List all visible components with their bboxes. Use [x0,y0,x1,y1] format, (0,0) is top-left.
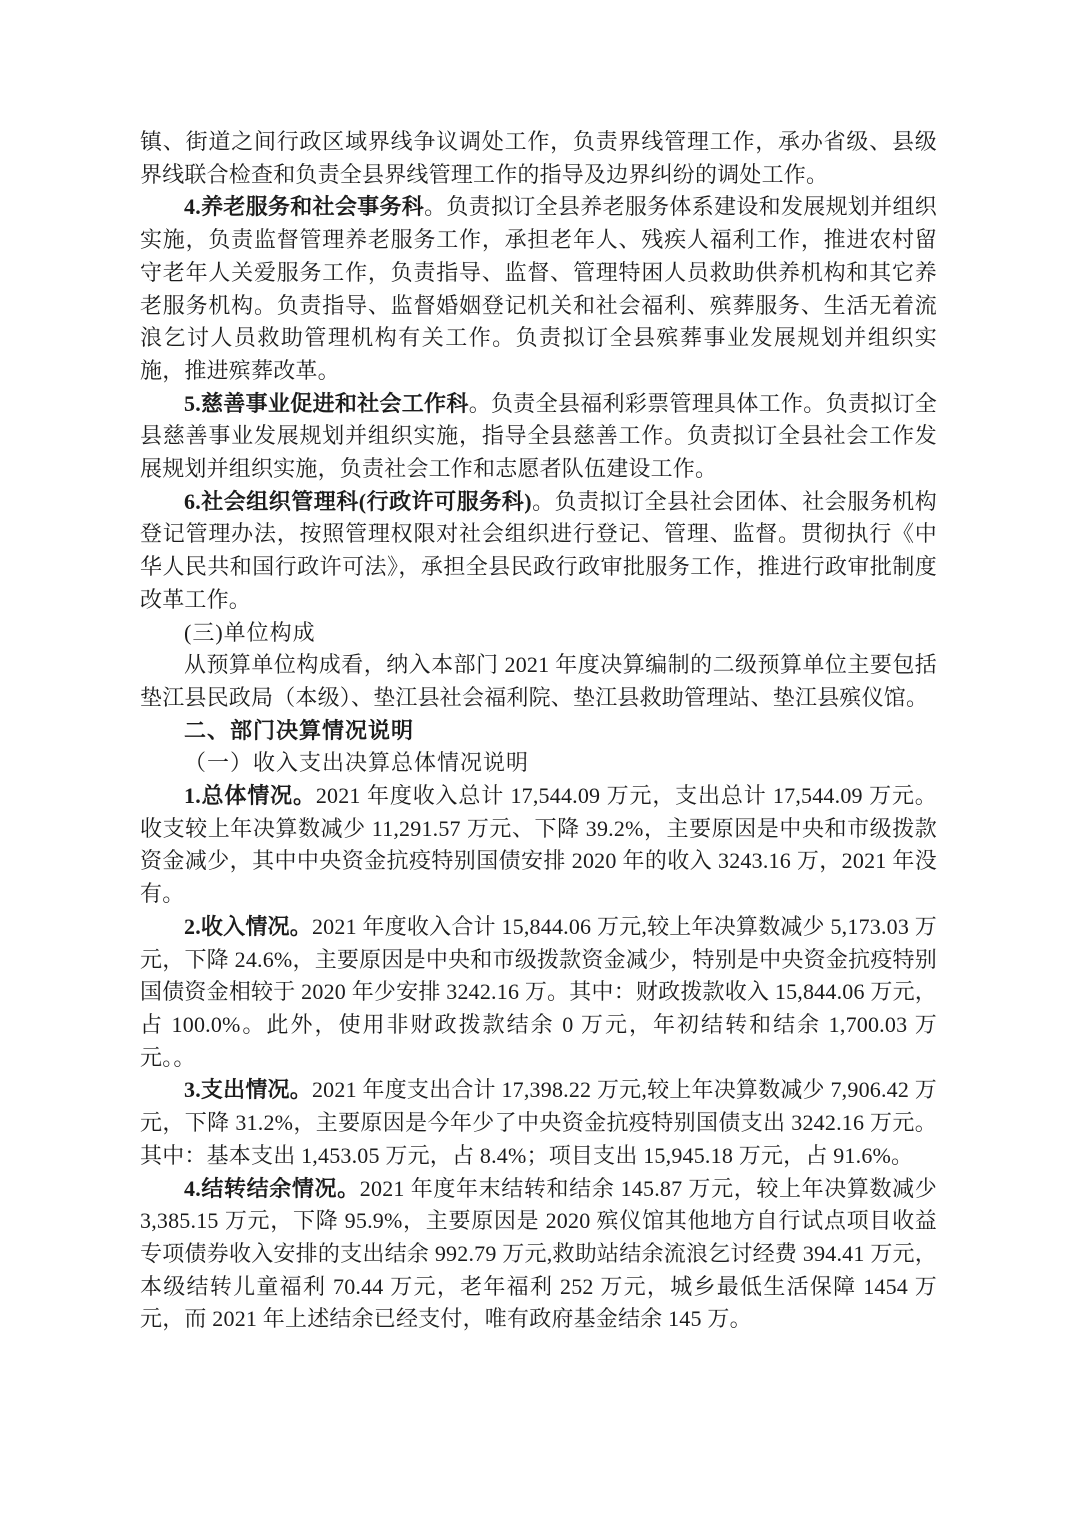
paragraph-lead: 5.慈善事业促进和社会工作科 [184,391,469,416]
paragraph-lead: 6.社会组织管理科(行政许可服务科) [184,489,532,514]
document-body: 镇、街道之间行政区域界线争议调处工作，负责界线管理工作，承办省级、县级界线联合检… [140,126,937,1336]
paragraph: 3.支出情况。2021 年度支出合计 17,398.22 万元,较上年决算数减少… [140,1074,937,1172]
document-page: 镇、街道之间行政区域界线争议调处工作，负责界线管理工作，承办省级、县级界线联合检… [0,0,1074,1520]
paragraph-lead: 3.支出情况。 [184,1077,312,1102]
paragraph: 2.收入情况。2021 年度收入合计 15,844.06 万元,较上年决算数减少… [140,911,937,1075]
paragraph: 5.慈善事业促进和社会工作科。负责全县福利彩票管理具体工作。负责拟订全县慈善事业… [140,388,937,486]
paragraph-lead: 1.总体情况。 [184,783,316,808]
paragraph: 4.养老服务和社会事务科。负责拟订全县养老服务体系建设和发展规划并组织实施，负责… [140,191,937,387]
paragraph: (三)单位构成 [140,617,937,650]
paragraph: 从预算单位构成看，纳入本部门 2021 年度决算编制的二级预算单位主要包括垫江县… [140,649,937,714]
paragraph: 1.总体情况。2021 年度收入总计 17,544.09 万元，支出总计 17,… [140,780,937,911]
paragraph-lead: 4.养老服务和社会事务科 [184,194,424,219]
paragraph-lead: 4.结转结余情况。 [184,1176,360,1201]
paragraph: 镇、街道之间行政区域界线争议调处工作，负责界线管理工作，承办省级、县级界线联合检… [140,126,937,191]
paragraph: 二、部门决算情况说明 [140,715,937,748]
paragraph-lead: 2.收入情况。 [184,914,312,939]
paragraph: （一）收入支出决算总体情况说明 [140,747,937,780]
paragraph: 4.结转结余情况。2021 年度年末结转和结余 145.87 万元，较上年决算数… [140,1173,937,1337]
paragraph: 6.社会组织管理科(行政许可服务科)。负责拟订全县社会团体、社会服务机构登记管理… [140,486,937,617]
